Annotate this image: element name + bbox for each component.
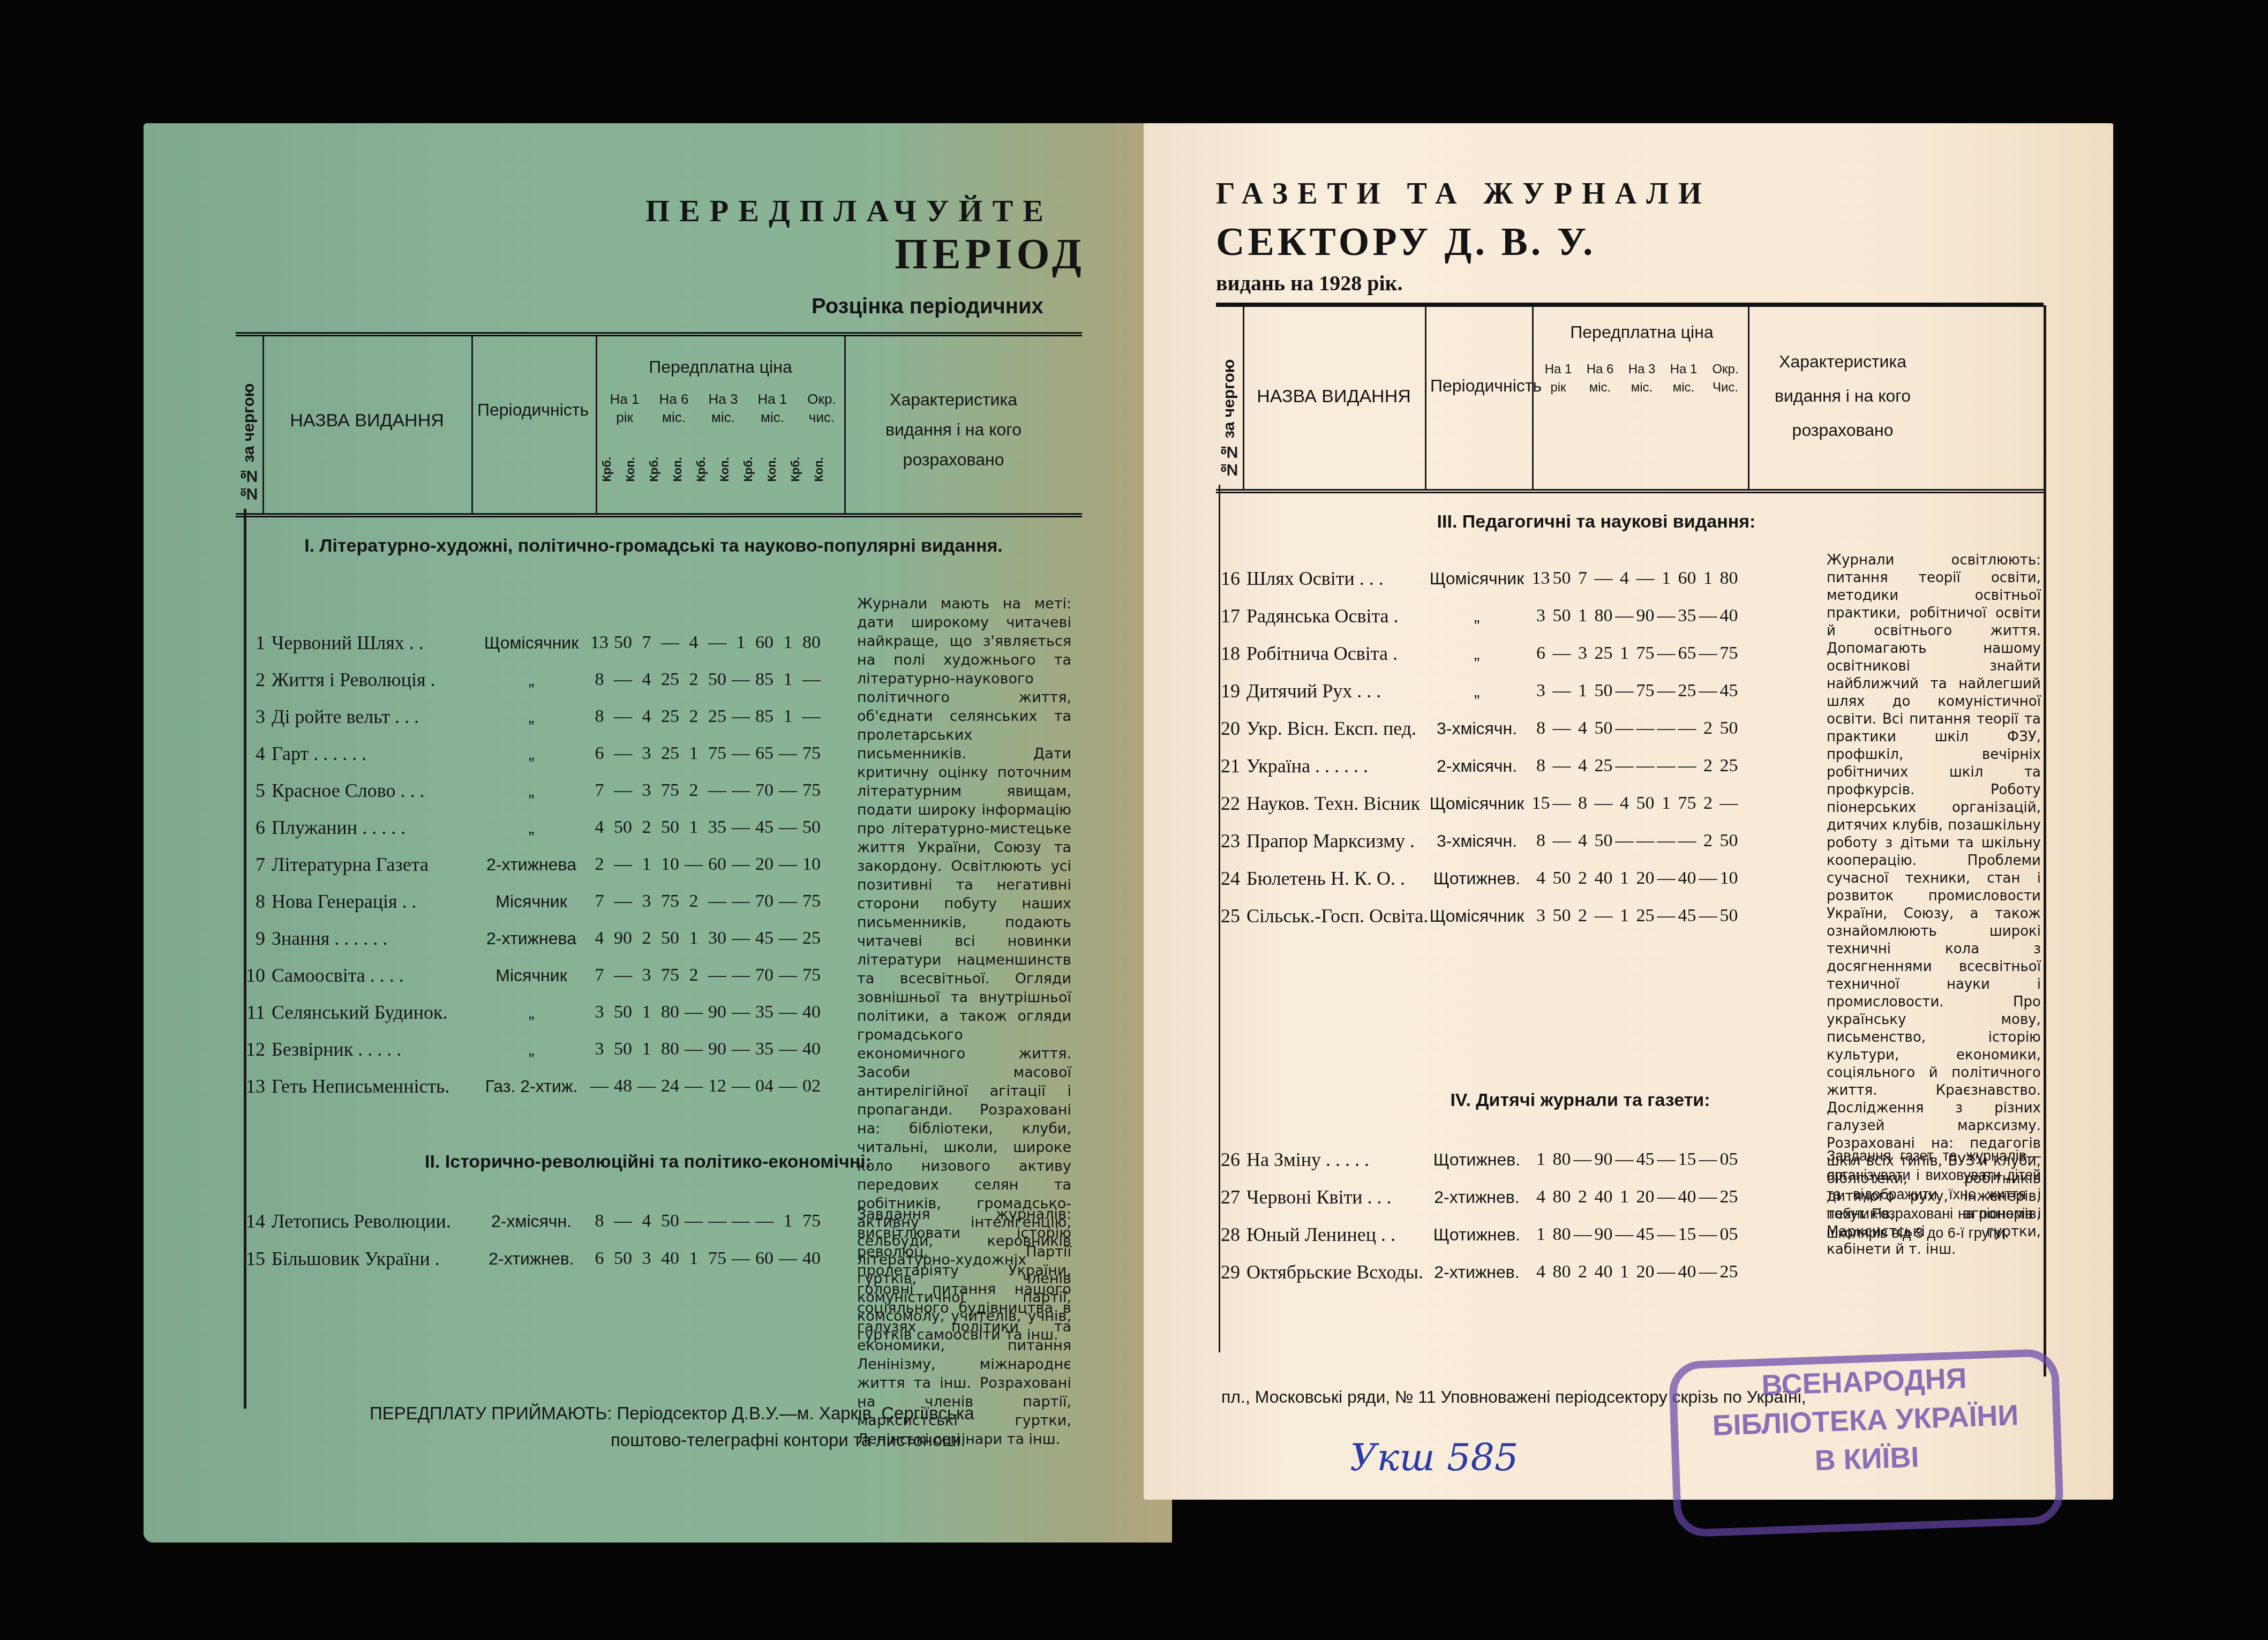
price-kop: — <box>611 854 635 875</box>
price-kop: 90 <box>705 1002 729 1022</box>
price-krb: 7 <box>1572 568 1593 589</box>
price-kop: — <box>705 965 729 985</box>
price-kop: 75 <box>1677 793 1698 814</box>
periodicity: Щомісячник <box>1423 906 1530 926</box>
price-kop: 35 <box>753 1002 776 1022</box>
price-kop: 80 <box>800 633 823 653</box>
price-krb: — <box>729 891 753 912</box>
price-krb: 3 <box>1530 681 1551 701</box>
price-kop: 25 <box>800 928 823 949</box>
periodicity: Місячник <box>475 966 588 985</box>
price-period-headers: На 1 рік На 6 міс. На 3 міс. На 1 міс. О… <box>600 390 846 426</box>
price-kop: 45 <box>1718 681 1739 701</box>
price-krb: — <box>729 965 753 985</box>
publication-name: Україна . . . . . . <box>1240 755 1423 777</box>
price-krb: — <box>1656 643 1677 664</box>
price-krb: 2 <box>682 780 705 801</box>
price-krb: — <box>682 1002 705 1022</box>
price-kop: — <box>611 1211 635 1231</box>
periodicity: 3-хмісячн. <box>1423 719 1530 739</box>
price-krb: 3 <box>635 965 658 985</box>
unit-kop: Коп. <box>812 457 826 482</box>
price-krb: 1 <box>1698 568 1718 589</box>
table-row: 16Шлях Освіти . . .Щомісячник13507—4—160… <box>1219 562 1739 595</box>
price-krb: 3 <box>1572 643 1593 664</box>
price-krb: 1 <box>635 854 658 875</box>
price-kop: 85 <box>753 706 776 727</box>
price-unit-headers: Крб. Коп. Крб. Коп. Крб. Коп. Крб. Коп. … <box>600 457 826 482</box>
table-row: 11Селянський Будинок.„350180—90—35—40 <box>244 996 823 1028</box>
price-kop: — <box>753 1211 776 1231</box>
price-krb: 2 <box>682 706 705 727</box>
publication-name: Життя і Революція . <box>265 668 475 691</box>
price-kop: 30 <box>705 928 729 949</box>
price-krb: 1 <box>1656 793 1677 814</box>
unit-krb: Крб. <box>647 457 661 482</box>
table-row: 15Більшовик України .2-хтижнев.650340175… <box>244 1243 823 1275</box>
price-kop: — <box>1677 831 1698 851</box>
price-krb: 6 <box>1530 643 1551 664</box>
price-kop: 50 <box>705 669 729 690</box>
table-row: 29Октябрьские Всходы.2-хтижнев.480240120… <box>1219 1256 1739 1288</box>
price-krb: 13 <box>588 633 611 653</box>
price-krb: — <box>635 1076 658 1096</box>
price-krb: 15 <box>1530 793 1551 814</box>
periodicity: „ <box>475 744 588 764</box>
price-kop: 80 <box>658 1039 682 1059</box>
row-number: 29 <box>1219 1261 1240 1283</box>
table-row: 12Безвірник . . . . .„350180—90—35—40 <box>244 1033 823 1065</box>
price-kop: — <box>1635 718 1656 739</box>
publication-name: Знання . . . . . . <box>265 927 475 950</box>
right-outer-border <box>2044 305 2046 1376</box>
price-kop: 50 <box>1593 831 1614 851</box>
price-kop: 25 <box>658 669 682 690</box>
price-krb: — <box>1656 831 1677 851</box>
periodicity: Щотижнев. <box>1423 1225 1530 1245</box>
row-number: 27 <box>1219 1186 1240 1208</box>
price-kop: 40 <box>800 1002 823 1022</box>
periodicity: 2-хтижнева <box>475 929 588 949</box>
price-krb: 3 <box>588 1002 611 1022</box>
price-kop: — <box>1677 756 1698 776</box>
price-krb: — <box>1614 681 1635 701</box>
row-number: 11 <box>244 1001 265 1024</box>
periodicity: Щотижнев. <box>1423 1150 1530 1170</box>
price-krb: 1 <box>776 706 800 727</box>
price-krb: 4 <box>1572 831 1593 851</box>
price-kop: 80 <box>1718 568 1739 589</box>
price-krb: 2 <box>1698 756 1718 776</box>
price-krb: 4 <box>635 669 658 690</box>
price-krb: 2 <box>588 854 611 875</box>
price-kop: 15 <box>1677 1224 1698 1245</box>
price-krb: 3 <box>635 891 658 912</box>
publication-name: Октябрьские Всходы. <box>1240 1261 1423 1283</box>
price-kop: — <box>1593 793 1614 814</box>
library-stamp: ВСЕНАРОДНЯ БІБЛІОТЕКА УКРАЇНИ В КИЇВІ <box>1668 1348 2064 1537</box>
price-krb: — <box>729 854 753 875</box>
price-kop: 50 <box>658 1211 682 1231</box>
price-kop: 02 <box>800 1076 823 1096</box>
price-period-headers: На 1 рік На 6 міс. На 3 міс. На 1 міс. О… <box>1537 360 1746 397</box>
unit-krb: Крб. <box>600 457 614 482</box>
period-3-month: На 3 міс. <box>699 390 748 426</box>
price-krb: 2 <box>635 817 658 838</box>
price-kop: 70 <box>753 965 776 985</box>
price-krb: 8 <box>1572 793 1593 814</box>
description-col-header: Характеристика видання і на кого розрахо… <box>862 385 1045 475</box>
row-number: 2 <box>244 668 265 691</box>
price-kop: 50 <box>611 633 635 653</box>
price-kop: 25 <box>1593 756 1614 776</box>
price-kop: 40 <box>1718 606 1739 626</box>
price-krb: 4 <box>1530 1187 1551 1207</box>
period-1-year: На 1 рік <box>600 390 649 426</box>
price-kop: — <box>1551 681 1572 701</box>
price-krb: — <box>1656 756 1677 776</box>
price-kop: 20 <box>1635 1187 1656 1207</box>
price-krb: — <box>1656 1224 1677 1245</box>
periodicity: „ <box>475 781 588 801</box>
price-krb: 1 <box>1572 606 1593 626</box>
price-kop: — <box>1551 831 1572 851</box>
price-kop: — <box>705 891 729 912</box>
table-row: 22Науков. Техн. ВісникЩомісячник15—8—450… <box>1219 787 1739 819</box>
period-single-issue: Окр. Чис. <box>1704 360 1746 397</box>
row-number: 20 <box>1219 717 1240 740</box>
periodicity: „ <box>1423 606 1530 626</box>
price-kop: 40 <box>1593 868 1614 889</box>
table-row: 13Геть Неписьменність.Газ. 2-хтиж.—48—24… <box>244 1070 823 1102</box>
price-krb: 3 <box>1530 906 1551 926</box>
price-kop: 50 <box>611 1248 635 1269</box>
price-krb: 1 <box>1530 1149 1551 1170</box>
publication-name: Шлях Освіти . . . <box>1240 567 1423 590</box>
price-krb: — <box>1656 1149 1677 1170</box>
price-kop: 90 <box>1593 1224 1614 1245</box>
price-krb: — <box>1698 1224 1718 1245</box>
left-table-header: №№ за чергою НАЗВА ВИДАННЯ Періодичність… <box>236 332 1082 517</box>
price-krb: 1 <box>776 669 800 690</box>
price-kop: 40 <box>1593 1262 1614 1282</box>
price-kop: 35 <box>753 1039 776 1059</box>
price-kop: 25 <box>1718 1262 1739 1282</box>
price-kop: 25 <box>1635 906 1656 926</box>
price-kop: 25 <box>1718 756 1739 776</box>
price-kop: 20 <box>753 854 776 875</box>
price-kop: 50 <box>658 928 682 949</box>
price-kop: — <box>800 706 823 727</box>
price-krb: 4 <box>588 928 611 949</box>
price-krb: 4 <box>1572 718 1593 739</box>
periodicity: 2-хтижнев. <box>1423 1262 1530 1282</box>
price-krb: — <box>729 780 753 801</box>
publication-name: Дитячий Рух . . . <box>1240 680 1423 702</box>
price-kop: 24 <box>658 1076 682 1096</box>
price-krb: 1 <box>635 1002 658 1022</box>
price-kop: 25 <box>1677 681 1698 701</box>
price-kop: 75 <box>800 743 823 764</box>
price-kop: 75 <box>800 965 823 985</box>
unit-krb: Крб. <box>694 457 708 482</box>
price-krb: — <box>1698 1149 1718 1170</box>
price-krb: — <box>682 1211 705 1231</box>
publication-name: Летопись Революции. <box>265 1210 475 1232</box>
section-1-title: I. Літературно-художні, політично-громад… <box>279 536 1028 556</box>
publication-name: Радянська Освіта . <box>1240 605 1423 627</box>
table-row: 19Дитячий Рух . . .„3—150—75—25—45 <box>1219 675 1739 707</box>
price-krb: — <box>1656 868 1677 889</box>
left-title-line1: ПЕРЕДПЛАЧУЙТЕ <box>645 193 1053 229</box>
right-table-header: №№ за чергою НАЗВА ВИДАННЯ Періодичність… <box>1216 303 2044 493</box>
price-krb: 3 <box>635 1248 658 1269</box>
row-number: 1 <box>244 631 265 654</box>
price-kop: 50 <box>1551 606 1572 626</box>
price-kop: 50 <box>1551 906 1572 926</box>
price-kop: 10 <box>658 854 682 875</box>
table-row: 26На Зміну . . . . .Щотижнев.180—90—45—1… <box>1219 1144 1739 1176</box>
price-kop: — <box>611 891 635 912</box>
publication-name: На Зміну . . . . . <box>1240 1148 1423 1171</box>
price-krb: 1 <box>776 1211 800 1231</box>
price-krb: — <box>729 817 753 838</box>
row-number: 21 <box>1219 755 1240 777</box>
table-row: 24Бюлетень Н. К. О. .Щотижнев.450240120—… <box>1219 862 1739 894</box>
publication-name: Бюлетень Н. К. О. . <box>1240 867 1423 890</box>
table-row: 5Красное Слово . . .„7—3752——70—75 <box>244 774 823 807</box>
price-kop: 65 <box>1677 643 1698 664</box>
left-subtitle: Розцінка періодичних <box>812 295 1043 319</box>
unit-kop: Коп. <box>624 457 637 482</box>
row-number: 16 <box>1219 567 1240 590</box>
price-krb: — <box>1698 606 1718 626</box>
price-kop: 65 <box>753 743 776 764</box>
price-krb: — <box>729 669 753 690</box>
periodicity: 2-хтижнева <box>475 855 588 875</box>
price-krb: 2 <box>682 669 705 690</box>
publication-name: Плужанин . . . . . <box>265 816 475 839</box>
periodicity-col-header: Періодичність <box>477 401 589 419</box>
price-krb: 3 <box>588 1039 611 1059</box>
num-col-header: №№ за чергою <box>240 347 258 502</box>
price-krb: — <box>776 854 800 875</box>
name-col-header: НАЗВА ВИДАННЯ <box>268 411 466 430</box>
price-kop: 50 <box>1551 568 1572 589</box>
price-krb: 1 <box>1614 643 1635 664</box>
price-kop: 75 <box>1635 681 1656 701</box>
price-kop: 05 <box>1718 1224 1739 1245</box>
price-krb: — <box>729 706 753 727</box>
price-krb: — <box>776 1076 800 1096</box>
price-krb: 4 <box>588 817 611 838</box>
price-kop: 45 <box>1677 906 1698 926</box>
price-group-header: Передплатна ціна <box>600 358 841 376</box>
price-krb: — <box>1572 1149 1593 1170</box>
price-kop: — <box>1593 568 1614 589</box>
price-krb: — <box>1656 906 1677 926</box>
price-krb: — <box>776 780 800 801</box>
publication-name: Науков. Техн. Вісник <box>1240 792 1423 815</box>
price-krb: 1 <box>1614 868 1635 889</box>
price-krb: 2 <box>682 965 705 985</box>
price-group-header: Передплатна ціна <box>1537 323 1746 341</box>
price-kop: 45 <box>1635 1224 1656 1245</box>
price-krb: 13 <box>1530 568 1551 589</box>
price-krb: 4 <box>635 706 658 727</box>
unit-krb: Крб. <box>741 457 755 482</box>
price-krb: 8 <box>588 706 611 727</box>
price-krb: 1 <box>682 817 705 838</box>
price-krb: — <box>776 965 800 985</box>
price-krb: 7 <box>588 891 611 912</box>
price-krb: — <box>729 928 753 949</box>
period-6-month: На 6 міс. <box>649 390 699 426</box>
table-row: 1Червоний Шлях . .Щомісячник13507—4—1601… <box>244 627 823 659</box>
price-kop: 75 <box>800 780 823 801</box>
price-krb: — <box>776 1039 800 1059</box>
unit-kop: Коп. <box>671 457 685 482</box>
table-row: 28Юный Ленинец . .Щотижнев.180—90—45—15—… <box>1219 1218 1739 1251</box>
price-kop: 50 <box>1635 793 1656 814</box>
section-3-title: III. Педагогичні та наукові видання: <box>1328 511 1864 532</box>
price-kop: — <box>611 965 635 985</box>
publication-name: Ді ройте вельт . . . <box>265 705 475 728</box>
publication-name: Юный Ленинец . . <box>1240 1223 1423 1246</box>
periodicity: „ <box>475 818 588 838</box>
table-row: 7Літературна Газета2-хтижнева2—110—60—20… <box>244 848 823 881</box>
unit-kop: Коп. <box>718 457 732 482</box>
price-krb: 7 <box>635 633 658 653</box>
price-krb: — <box>1698 906 1718 926</box>
price-kop: — <box>1635 831 1656 851</box>
price-krb: 4 <box>1530 1262 1551 1282</box>
table-row: 27Червоні Квіти . . .2-хтижнев.480240120… <box>1219 1181 1739 1213</box>
left-border <box>244 509 246 1409</box>
periodicity: 2-хтижнев. <box>1423 1187 1530 1207</box>
price-krb: — <box>682 854 705 875</box>
price-kop: — <box>658 633 682 653</box>
periodicity: „ <box>1423 681 1530 701</box>
publication-name: Червоний Шлях . . <box>265 631 475 654</box>
price-kop: 40 <box>658 1248 682 1269</box>
price-krb: 4 <box>1530 868 1551 889</box>
price-kop: 90 <box>1593 1149 1614 1170</box>
table-row: 20Укр. Вісн. Експ. пед.3-хмісячн.8—450——… <box>1219 712 1739 744</box>
price-kop: — <box>611 743 635 764</box>
price-krb: — <box>682 1039 705 1059</box>
table-row: 17Радянська Освіта .„350180—90—35—40 <box>1219 600 1739 632</box>
price-krb: 7 <box>588 780 611 801</box>
price-krb: 2 <box>1698 831 1718 851</box>
price-krb: — <box>1698 681 1718 701</box>
price-kop: 50 <box>611 1039 635 1059</box>
price-krb: — <box>1698 1262 1718 1282</box>
price-kop: 40 <box>1593 1187 1614 1207</box>
price-krb: — <box>776 1002 800 1022</box>
price-kop: 60 <box>753 1248 776 1269</box>
price-krb: — <box>1572 1224 1593 1245</box>
price-krb: 8 <box>1530 718 1551 739</box>
table-row: 21Україна . . . . . .2-хмісячн.8—425————… <box>1219 750 1739 782</box>
price-kop: 75 <box>800 891 823 912</box>
price-kop: 75 <box>800 1211 823 1231</box>
price-kop: 80 <box>1593 606 1614 626</box>
price-kop: — <box>705 780 729 801</box>
periodicity: Щомісячник <box>1423 794 1530 814</box>
price-krb: 1 <box>1614 1187 1635 1207</box>
right-title-line2: СЕКТОРУ Д. В. У. <box>1216 220 1596 265</box>
price-kop: — <box>611 706 635 727</box>
price-krb: 6 <box>588 743 611 764</box>
price-krb: 8 <box>1530 756 1551 776</box>
num-col-header: №№ за чергою <box>1220 318 1238 478</box>
price-krb: 2 <box>1572 1187 1593 1207</box>
price-krb: 8 <box>588 1211 611 1231</box>
price-krb: 2 <box>1572 868 1593 889</box>
row-number: 6 <box>244 816 265 839</box>
row-number: 14 <box>244 1210 265 1232</box>
price-kop: — <box>1718 793 1739 814</box>
publication-name: Гарт . . . . . . <box>265 742 475 765</box>
price-krb: 8 <box>588 669 611 690</box>
periodicity: Щомісячник <box>475 633 588 653</box>
price-kop: 15 <box>1677 1149 1698 1170</box>
price-kop: — <box>1551 756 1572 776</box>
price-kop: 50 <box>1593 681 1614 701</box>
price-krb: 4 <box>635 1211 658 1231</box>
price-kop: 50 <box>800 817 823 838</box>
price-krb: 7 <box>588 965 611 985</box>
right-title-line1: ГАЗЕТИ ТА ЖУРНАЛИ <box>1216 177 1711 211</box>
price-krb: 2 <box>635 928 658 949</box>
row-number: 13 <box>244 1075 265 1097</box>
price-kop: 50 <box>1718 906 1739 926</box>
section-4-title: IV. Дитячі журнали та газети: <box>1339 1090 1821 1111</box>
price-kop: 75 <box>658 891 682 912</box>
price-krb: — <box>776 1248 800 1269</box>
period-3-month: На 3 міс. <box>1621 360 1663 397</box>
table-row: 4Гарт . . . . . .„6—325175—65—75 <box>244 738 823 770</box>
price-krb: — <box>729 743 753 764</box>
price-krb: — <box>1656 606 1677 626</box>
price-kop: — <box>611 780 635 801</box>
price-kop: 48 <box>611 1076 635 1096</box>
price-kop: 12 <box>705 1076 729 1096</box>
price-krb: — <box>776 891 800 912</box>
price-kop: 20 <box>1635 1262 1656 1282</box>
left-footer-line2: поштово-телеграфні контори та листоноші. <box>611 1430 965 1450</box>
publication-name: Красное Слово . . . <box>265 779 475 802</box>
row-number: 25 <box>1219 905 1240 927</box>
table-row: 8Нова Генерація . .Місячник7—3752——70—75 <box>244 885 823 917</box>
row-number: 3 <box>244 705 265 728</box>
periodicity: „ <box>475 1040 588 1059</box>
price-kop: 04 <box>753 1076 776 1096</box>
publication-name: Нова Генерація . . <box>265 890 475 913</box>
price-krb: — <box>776 928 800 949</box>
price-kop: 45 <box>753 817 776 838</box>
publication-name: Літературна Газета <box>265 853 475 876</box>
price-kop: — <box>1635 568 1656 589</box>
publication-name: Самоосвіта . . . . <box>265 964 475 987</box>
price-krb: 2 <box>1698 793 1718 814</box>
periodicity: „ <box>475 707 588 727</box>
price-krb: 1 <box>1614 1262 1635 1282</box>
price-krb: 4 <box>682 633 705 653</box>
price-krb: 2 <box>682 891 705 912</box>
section-4-description: Завдання газет та журналів—організувати … <box>1827 1146 2041 1243</box>
